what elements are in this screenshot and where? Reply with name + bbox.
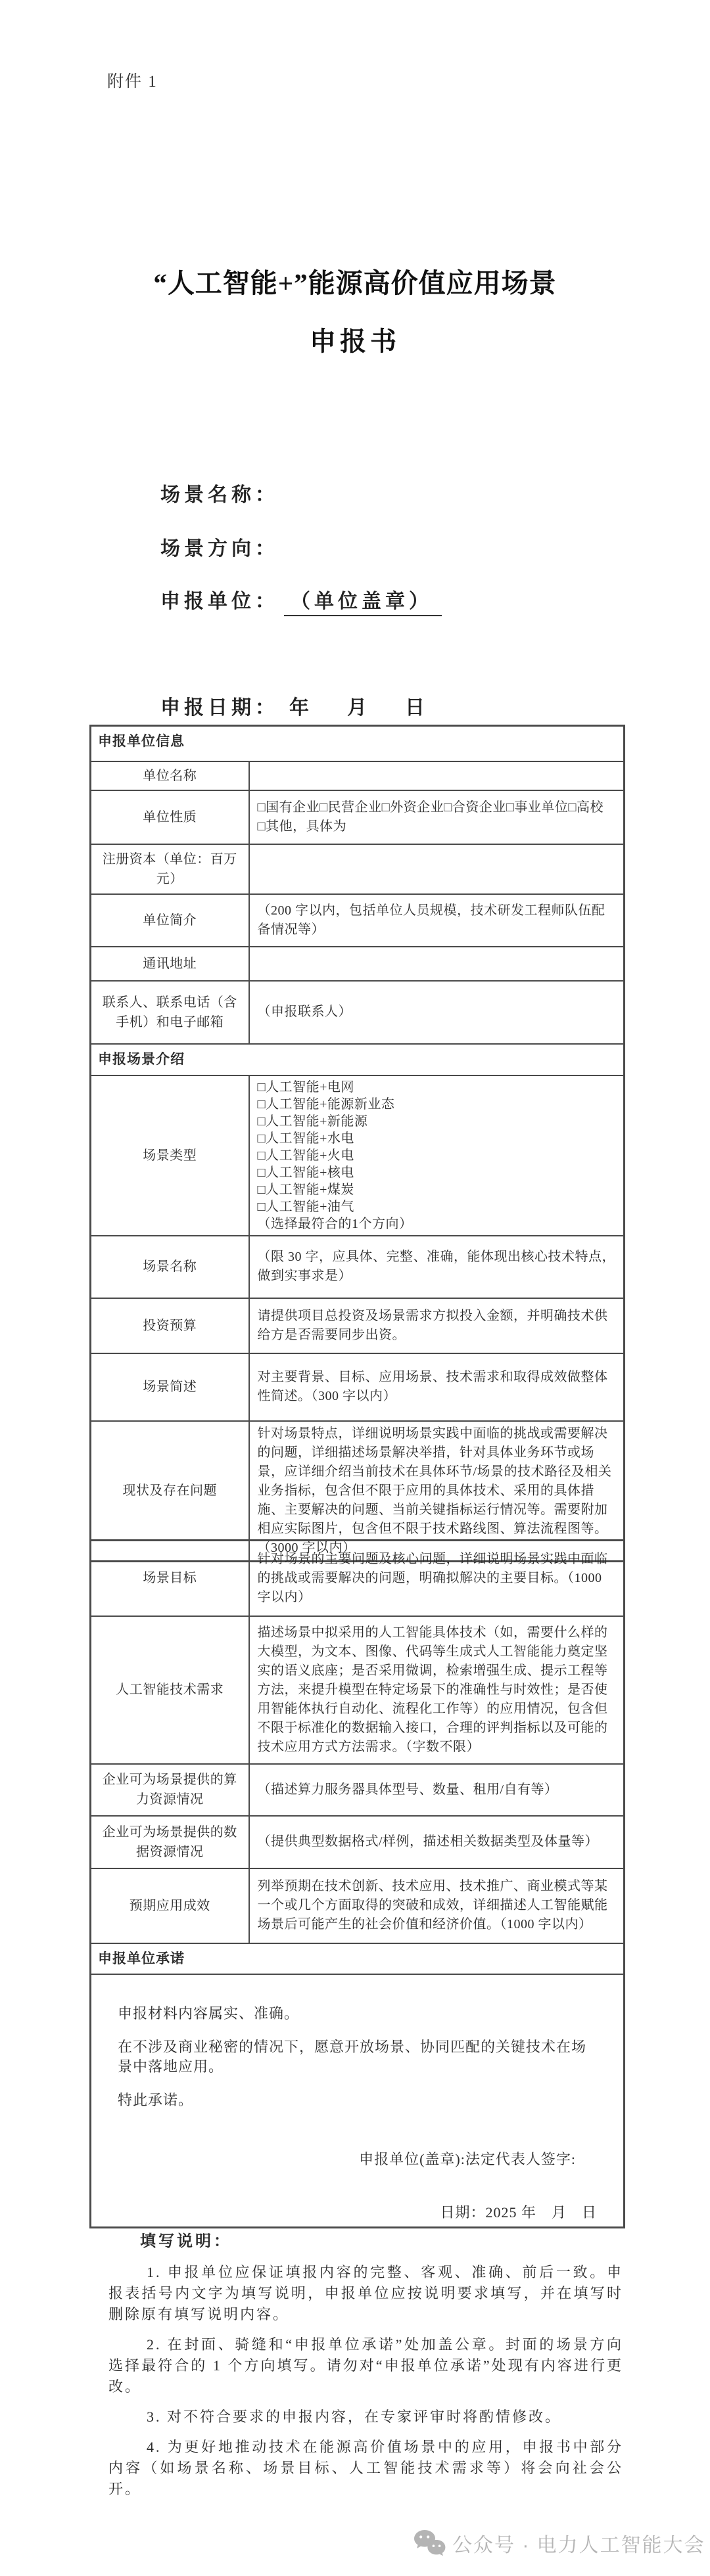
scene-type-note: （选择最符合的1个方向） (258, 1215, 616, 1232)
unit-nature-checkbox-line: □国有企业□民营企业□外资企业□合资企业□事业单位□高校 (258, 798, 616, 817)
registered-capital-value (249, 844, 625, 894)
document-page: 附件 1 “人工智能+”能源高价值应用场景 申报书 场景名称： 场景方向： 申报… (0, 0, 710, 2576)
commitment-line-3: 特此承诺。 (118, 2090, 598, 2110)
declaring-unit-label: 申报单位： (160, 591, 279, 612)
contact-value: （申报联系人） (249, 981, 625, 1044)
scene-type-option-hydro: □人工智能+水电 (258, 1130, 616, 1147)
scene-detail-table: 场景目标 针对场景的主要问题及核心问题，详细说明场景实践中面临的挑战或需要解决的… (89, 1539, 625, 2228)
unit-name-value (249, 761, 625, 790)
table-row: 申报单位承诺 (91, 1943, 625, 1974)
scene-type-option-grid: □人工智能+电网 (258, 1079, 616, 1096)
unit-nature-other-line: □其他，具体为 (258, 817, 616, 836)
expected-results-label: 预期应用成效 (91, 1868, 249, 1943)
unit-profile-value: （200 字以内，包括单位人员规模，技术研发工程师队伍配备情况等） (249, 894, 625, 947)
table-row: 申报单位信息 (91, 726, 625, 761)
doc-title: “人工智能+”能源高价值应用场景 申报书 (0, 268, 710, 356)
scene-type-label: 场景类型 (91, 1075, 249, 1236)
scene-direction-label: 场景方向： (160, 538, 279, 560)
table-row: 联系人、联系电话（含手机）和电子邮箱 （申报联系人） (91, 981, 625, 1044)
unit-nature-label: 单位性质 (91, 790, 249, 844)
scene-name-row-value: （限 30 字，应具体、完整、准确，能体现出核心技术特点，做到实事求是） (249, 1236, 625, 1298)
registered-capital-label: 注册资本（单位：百万元） (91, 844, 249, 894)
table-row: 场景名称 （限 30 字，应具体、完整、准确，能体现出核心技术特点，做到实事求是… (91, 1236, 625, 1298)
table-row: 单位名称 (91, 761, 625, 790)
table-row: 场景类型 □人工智能+电网 □人工智能+能源新业态 □人工智能+新能源 □人工智… (91, 1075, 625, 1236)
doc-title-line1: “人工智能+”能源高价值应用场景 (0, 268, 710, 298)
computing-resources-label: 企业可为场景提供的算力资源情况 (91, 1764, 249, 1816)
section-header-scene-intro: 申报场景介绍 (91, 1044, 625, 1075)
wechat-footer: 公众号 · 电力人工智能大会 (413, 2529, 705, 2558)
data-resources-value: （提供典型数据格式/样例，描述相关数据类型及体量等） (249, 1816, 625, 1868)
commitment-line-2: 在不涉及商业秘密的情况下，愿意开放场景、协同匹配的关键技术在场景中落地应用。 (118, 2037, 598, 2077)
field-scene-direction: 场景方向： (160, 532, 279, 561)
date-unit-month: 月 (347, 691, 371, 720)
investment-label: 投资预算 (91, 1298, 249, 1353)
filling-instruction-item-2: 2. 在封面、骑缝和“申报单位承诺”处加盖公章。封面的场景方向选择最符合的 1 … (108, 2334, 623, 2397)
section-header-commitment: 申报单位承诺 (91, 1943, 625, 1974)
field-declaration-date: 申报日期：年月日 (160, 691, 429, 720)
ai-tech-demand-value: 描述场景中拟采用的人工智能具体技术（如，需要什么样的大模型，为文本、图像、代码等… (249, 1616, 625, 1764)
doc-title-line2: 申报书 (0, 327, 710, 356)
scene-goal-value: 针对场景的主要问题及核心问题，详细说明场景实践中面临的挑战或需要解决的问题，明确… (249, 1541, 625, 1616)
unit-profile-label: 单位简介 (91, 894, 249, 947)
scene-type-option-thermal: □人工智能+火电 (258, 1147, 616, 1164)
table-row: 申报材料内容属实、准确。 在不涉及商业秘密的情况下，愿意开放场景、协同匹配的关键… (91, 1974, 625, 2228)
commitment-date-line: 日期：2025 年 月 日 (118, 2203, 598, 2222)
table-row: 人工智能技术需求 描述场景中拟采用的人工智能具体技术（如，需要什么样的大模型，为… (91, 1616, 625, 1764)
attachment-label: 附件 1 (107, 68, 158, 92)
data-resources-label: 企业可为场景提供的数据资源情况 (91, 1816, 249, 1868)
investment-value: 请提供项目总投资及场景需求方拟投入金额，并明确技术供给方是否需要同步出资。 (249, 1298, 625, 1353)
commitment-body: 申报材料内容属实、准确。 在不涉及商业秘密的情况下，愿意开放场景、协同匹配的关键… (91, 1975, 623, 2222)
commitment-line-1: 申报材料内容属实、准确。 (118, 2004, 598, 2023)
unit-name-label: 单位名称 (91, 761, 249, 790)
table-row: 单位简介 （200 字以内，包括单位人员规模，技术研发工程师队伍配备情况等） (91, 894, 625, 947)
field-scene-name: 场景名称： (160, 478, 279, 507)
scene-name-row-label: 场景名称 (91, 1236, 249, 1298)
contact-label: 联系人、联系电话（含手机）和电子邮箱 (91, 981, 249, 1044)
table-row: 企业可为场景提供的数据资源情况 （提供典型数据格式/样例，描述相关数据类型及体量… (91, 1816, 625, 1868)
filling-instructions: 填写说明： 1. 申报单位应保证填报内容的完整、客观、准确、前后一致。申报表括号… (108, 2230, 623, 2500)
date-unit-year: 年 (289, 691, 313, 720)
scene-type-options: □人工智能+电网 □人工智能+能源新业态 □人工智能+新能源 □人工智能+水电 … (249, 1075, 625, 1236)
scene-goal-label: 场景目标 (91, 1541, 249, 1616)
table-row: 通讯地址 (91, 947, 625, 981)
scene-type-option-new-energy: □人工智能+新能源 (258, 1113, 616, 1130)
scene-type-option-new-business: □人工智能+能源新业态 (258, 1096, 616, 1113)
address-label: 通讯地址 (91, 947, 249, 981)
expected-results-value: 列举预期在技术创新、技术应用、技术推广、商业模式等某一个或几个方面取得的突破和成… (249, 1868, 625, 1943)
table-row: 企业可为场景提供的算力资源情况 （描述算力服务器具体型号、数量、租用/自有等） (91, 1764, 625, 1816)
field-declaring-unit: 申报单位：（单位盖章） (160, 585, 442, 616)
filling-instruction-item-4: 4. 为更好地推动技术在能源高价值场景中的应用，申报书中部分内容（如场景名称、场… (108, 2437, 623, 2500)
table-row: 单位性质 □国有企业□民营企业□外资企业□合资企业□事业单位□高校 □其他，具体… (91, 790, 625, 844)
scene-type-option-coal: □人工智能+煤炭 (258, 1181, 616, 1198)
commitment-sign-line: 申报单位(盖章):法定代表人签字: (118, 2150, 598, 2169)
table-row: 预期应用成效 列举预期在技术创新、技术应用、技术推广、商业模式等某一个或几个方面… (91, 1868, 625, 1943)
scene-type-option-oil-gas: □人工智能+油气 (258, 1198, 616, 1215)
ai-tech-demand-label: 人工智能技术需求 (91, 1616, 249, 1764)
declaration-date-label: 申报日期： (160, 697, 279, 719)
wechat-icon (413, 2529, 446, 2558)
table-row: 投资预算 请提供项目总投资及场景需求方拟投入金额，并明确技术供给方是否需要同步出… (91, 1298, 625, 1353)
unit-stamp-hint: （单位盖章） (284, 585, 442, 616)
filling-instructions-heading: 填写说明： (140, 2230, 623, 2253)
date-unit-day: 日 (405, 691, 429, 720)
commitment-cell: 申报材料内容属实、准确。 在不涉及商业秘密的情况下，愿意开放场景、协同匹配的关键… (91, 1974, 625, 2228)
table-row: 场景简述 对主要背景、目标、应用场景、技术需求和取得成效做整体性简述。（300 … (91, 1353, 625, 1421)
scene-type-option-nuclear: □人工智能+核电 (258, 1164, 616, 1181)
address-value (249, 947, 625, 981)
section-header-unit-info: 申报单位信息 (91, 726, 625, 761)
filling-instruction-item-3: 3. 对不符合要求的申报内容，在专家评审时将酌情修改。 (108, 2407, 623, 2428)
unit-nature-value: □国有企业□民营企业□外资企业□合资企业□事业单位□高校 □其他，具体为 (249, 790, 625, 844)
unit-info-table: 申报单位信息 单位名称 单位性质 □国有企业□民营企业□外资企业□合资企业□事业… (89, 725, 625, 1562)
filling-instruction-item-1: 1. 申报单位应保证填报内容的完整、客观、准确、前后一致。申报表括号内文字为填写… (108, 2262, 623, 2325)
table-row: 申报场景介绍 (91, 1044, 625, 1075)
computing-resources-value: （描述算力服务器具体型号、数量、租用/自有等） (249, 1764, 625, 1816)
table-row: 注册资本（单位：百万元） (91, 844, 625, 894)
wechat-account-label: 公众号 · 电力人工智能大会 (452, 2529, 705, 2558)
scene-brief-label: 场景简述 (91, 1353, 249, 1421)
table-row: 场景目标 针对场景的主要问题及核心问题，详细说明场景实践中面临的挑战或需要解决的… (91, 1541, 625, 1616)
scene-name-label: 场景名称： (160, 484, 279, 506)
scene-brief-value: 对主要背景、目标、应用场景、技术需求和取得成效做整体性简述。（300 字以内） (249, 1353, 625, 1421)
